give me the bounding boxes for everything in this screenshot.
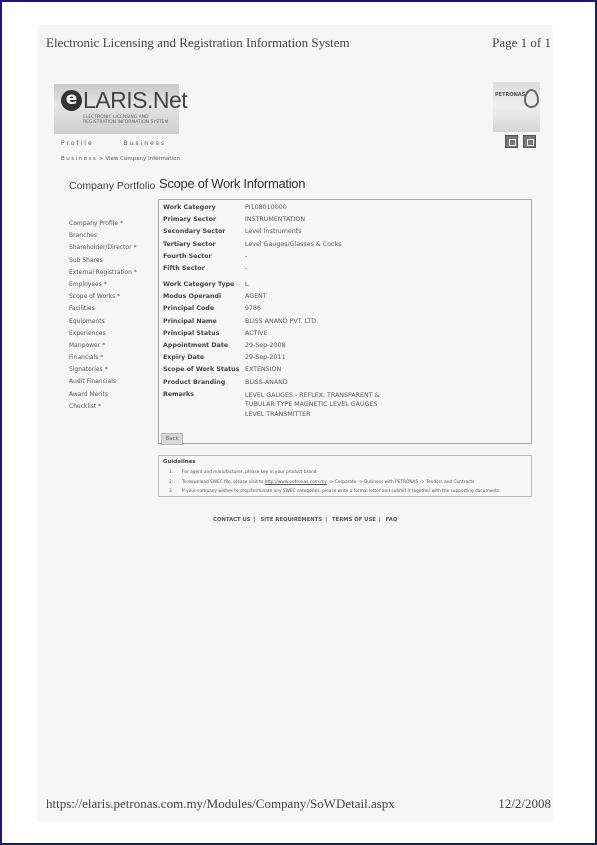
breadcrumb-root[interactable]: Business: [61, 156, 97, 162]
field-label: Principal Code: [163, 303, 248, 315]
sidebar-item-facilities[interactable]: Facilities: [69, 303, 159, 315]
guideline-item: 3.If your company wishes to drop/termina…: [169, 487, 500, 497]
petronas-link[interactable]: http://www.petronas.com.my: [265, 480, 327, 485]
sidebar-item-shareholder-director[interactable]: Shareholder/Director *: [69, 242, 159, 254]
field-label: Principal Status: [163, 328, 248, 340]
petronas-drop-icon: [524, 89, 539, 108]
field-value: Level Gauges/Glasses & Cocks: [245, 239, 341, 251]
guidelines-list: 1.For agent and manufacturer, please key…: [169, 468, 500, 497]
guideline-item: 1.For agent and manufacturer, please key…: [169, 468, 500, 478]
field-label: Work Category Type: [163, 279, 248, 291]
guideline-number: 1.: [169, 468, 182, 477]
field-value: 29-Sep-2011: [245, 352, 285, 364]
guideline-number: 3.: [169, 487, 182, 496]
remarks-line: TUBULAR TYPE MAGNETIC LEVEL GAUGES: [245, 400, 380, 410]
field-value: ACTIVE: [245, 328, 268, 340]
window-icon: [527, 139, 534, 146]
window-button[interactable]: [523, 135, 536, 148]
sidebar-menu: Company Profile * Branches Shareholder/D…: [69, 218, 159, 413]
field-label: Scope of Work Status: [163, 364, 248, 376]
field-label: Appointment Date: [163, 340, 248, 352]
sidebar-title: Company Portfolio: [69, 180, 155, 192]
print-footer: https://elaris.petronas.com.my/Modules/C…: [46, 796, 551, 812]
field-value: BLISS ANAND PVT. LTD.: [245, 316, 318, 328]
sidebar-item-audit-financials[interactable]: Audit Financials: [69, 376, 159, 388]
field-value: -: [245, 251, 247, 263]
field-label: Remarks: [163, 389, 248, 401]
sidebar-item-checklist[interactable]: Checklist *: [69, 401, 159, 413]
elaris-logo[interactable]: e LARIS.Net ELECTRONIC LICENSING AND REG…: [54, 84, 179, 134]
petronas-logo: PETRONAS: [493, 82, 540, 132]
field-label: Secondary Sector: [163, 226, 248, 238]
sidebar-item-signatories[interactable]: Signatories *: [69, 364, 159, 376]
field-value: L: [245, 279, 249, 291]
field-label: Tertiary Sector: [163, 239, 248, 251]
separator: |: [325, 517, 327, 523]
breadcrumb: Business > View Company Information: [61, 156, 180, 162]
sidebar-item-sub-shares[interactable]: Sub Shares: [69, 255, 159, 267]
field-value: 9786: [245, 303, 261, 315]
print-footer-url: https://elaris.petronas.com.my/Modules/C…: [46, 796, 395, 811]
home-icon: [509, 139, 516, 146]
guideline-number: 2.: [169, 478, 182, 487]
guideline-item: 2.To download SWEC file, please visit to…: [169, 478, 500, 488]
logo-brand: LARIS.Net: [83, 87, 187, 114]
field-value: 29-Sep-2008: [245, 340, 285, 352]
print-header: Electronic Licensing and Registration In…: [46, 35, 551, 51]
sidebar-item-employees[interactable]: Employees *: [69, 279, 159, 291]
guideline-text: If your company wishes to drop/terminate…: [182, 489, 500, 494]
field-label: Modus Operandi: [163, 291, 248, 303]
field-label: Fourth Sector: [163, 251, 248, 263]
petronas-name: PETRONAS: [495, 92, 525, 98]
remarks-line: LEVEL TRANSMITTER: [245, 410, 380, 420]
field-value: INSTRUMENTATION: [245, 214, 305, 226]
sidebar-item-scope-of-works[interactable]: Scope of Works *: [69, 291, 159, 303]
page-number: Page 1 of 1: [492, 35, 551, 51]
sidebar-item-award-merits[interactable]: Award Merits: [69, 389, 159, 401]
field-value: LEVEL GAUGES - REFLEX, TRANSPARENT & TUB…: [245, 391, 380, 420]
field-label: Work Category: [163, 202, 248, 214]
sidebar-item-financials[interactable]: Financials *: [69, 352, 159, 364]
sidebar-item-experiences[interactable]: Experiences: [69, 328, 159, 340]
sidebar-item-branches[interactable]: Branches: [69, 230, 159, 242]
faq-link[interactable]: FAQ: [386, 517, 398, 523]
field-label: Product Branding: [163, 377, 248, 389]
footer-links: CONTACT US| SITE REQUIREMENTS| TERMS OF …: [213, 517, 397, 523]
separator: |: [379, 517, 381, 523]
remarks-line: LEVEL GAUGES - REFLEX, TRANSPARENT &: [245, 391, 380, 401]
top-nav: Profile Business: [61, 140, 192, 147]
scope-of-work-details: Work CategoryPI108010000 Primary SectorI…: [158, 199, 532, 444]
guideline-text: For agent and manufacturer, please key i…: [182, 470, 318, 475]
terms-of-use-link[interactable]: TERMS OF USE: [332, 517, 376, 523]
separator: |: [254, 517, 256, 523]
breadcrumb-current: View Company Information: [105, 156, 180, 162]
logo-subtitle: ELECTRONIC LICENSING AND REGISTRATION IN…: [83, 115, 168, 125]
sidebar-item-external-registration[interactable]: External Registration *: [69, 267, 159, 279]
field-label: Principal Name: [163, 316, 248, 328]
back-button[interactable]: Back: [161, 433, 183, 445]
logo-subtitle-line2: REGISTRATION INFORMATION SYSTEM: [83, 120, 168, 125]
field-value: AGENT: [245, 291, 267, 303]
nav-profile[interactable]: Profile: [61, 140, 94, 147]
field-value: BLISS-ANAND: [245, 377, 288, 389]
field-value: Level Instruments: [245, 226, 302, 238]
field-label: Fifth Sector: [163, 263, 248, 275]
page-title: Scope of Work Information: [159, 176, 305, 191]
field-label: Expiry Date: [163, 352, 248, 364]
home-button[interactable]: [505, 135, 518, 148]
nav-business[interactable]: Business: [124, 140, 166, 147]
field-value: -: [245, 263, 247, 275]
guidelines-box: Guidelines 1.For agent and manufacturer,…: [158, 455, 532, 497]
sidebar: Company Portfolio Company Profile * Bran…: [69, 180, 155, 192]
field-value: EXTENSION: [245, 364, 281, 376]
field-value: PI108010000: [245, 202, 287, 214]
sidebar-item-company-profile[interactable]: Company Profile *: [69, 218, 159, 230]
print-header-title: Electronic Licensing and Registration In…: [46, 35, 350, 50]
guidelines-title: Guidelines: [163, 459, 196, 465]
contact-us-link[interactable]: CONTACT US: [213, 517, 251, 523]
guideline-text: To download SWEC file, please visit to: [182, 480, 265, 485]
logo-e-icon: e: [61, 90, 82, 111]
sidebar-item-manpower[interactable]: Manpower *: [69, 340, 159, 352]
sidebar-item-equipments[interactable]: Equipments: [69, 316, 159, 328]
field-label: Primary Sector: [163, 214, 248, 226]
print-footer-date: 12/2/2008: [498, 796, 551, 812]
guideline-text: -> Corporate -> Business with PETRONAS -…: [327, 480, 474, 485]
site-requirements-link[interactable]: SITE REQUIREMENTS: [260, 517, 322, 523]
